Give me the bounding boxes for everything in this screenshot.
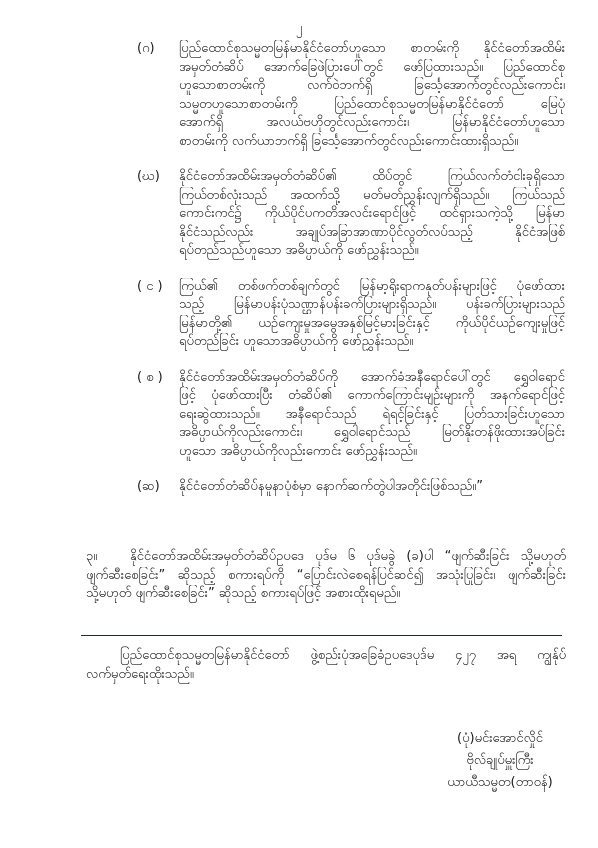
section-text: နိုင်ငံတော်အထိမ်းအမှတ်တံဆိပ်ဥပဒေ ပုဒ်မ ၆… bbox=[130, 549, 566, 564]
signatory-title: ယာယီသမ္မတ(တာဝန်) bbox=[410, 772, 590, 794]
horizontal-divider bbox=[81, 635, 562, 636]
text-line: ကြယ်၏ တစ်ဖက်တစ်ချက်တွင် မြန်မာ့ရိုးရာကနု… bbox=[179, 278, 565, 297]
clause-text: နိုင်ငံတော်တံဆိပ်နမူနာပုံစံမှာ နောက်ဆက်တ… bbox=[179, 478, 565, 497]
text-line: နိုင်ငံတော်အထိမ်းအမှတ်တံဆိပ်၏ ထိပ်တွင် က… bbox=[179, 168, 565, 187]
clause-marker: (ဆ) bbox=[137, 478, 179, 497]
text-line: ရပ်တည်ခြင်း ဟူသောအဓိပ္ပာယ်ကို ဖော်ညွှန်း… bbox=[179, 333, 565, 352]
text-line: ပြည်ထောင်စုသမ္မတမြန်မာနိုင်ငံတော်ဟူသော စ… bbox=[179, 40, 565, 59]
text-line: သို့မဟုတ် ဖျက်ဆီးစေခြင်း” ဆိုသည့် စကားရပ… bbox=[86, 585, 566, 604]
text-line: သမ္မတဟူသောစာတမ်းကို ပြည်ထောင်စုသမ္မတမြန်… bbox=[179, 96, 565, 115]
clause-marker: ( င ) bbox=[137, 278, 179, 352]
text-line: ကောင်းကင်၌ ကိုယ်ပိုင်ပကတိအလင်းရောင်ဖြင့်… bbox=[179, 205, 565, 224]
clause-text: နိုင်ငံတော်အထိမ်းအမှတ်တံဆိပ်ကို အောက်ခံအ… bbox=[179, 369, 565, 462]
text-line: လက်မှတ်ရေးထိုးသည်။ bbox=[86, 665, 566, 684]
text-line: နိုင်ငံတော်တံဆိပ်နမူနာပုံစံမှာ နောက်ဆက်တ… bbox=[179, 478, 565, 497]
text-line: စာတမ်းကို လက်ယာဘက်ရှိ ခြင်္သေ့အောက်တွင်လ… bbox=[179, 133, 565, 152]
section-3-amendment: ၃။နိုင်ငံတော်အထိမ်းအမှတ်တံဆိပ်ဥပဒေ ပုဒ်မ… bbox=[86, 548, 566, 604]
page-number: ၂ bbox=[0, 20, 598, 39]
text-line: နိုင်ငံသည်လည်း အချုပ်အခြာအာဏာပိုင်လွတ်လပ… bbox=[179, 224, 565, 243]
signatory-rank: ဗိုလ်ချုပ်မှူးကြီး bbox=[410, 750, 590, 772]
clause-text: ပြည်ထောင်စုသမ္မတမြန်မာနိုင်ငံတော်ဟူသော စ… bbox=[179, 40, 565, 151]
clause-hsa: (ဆ) နိုင်ငံတော်တံဆိပ်နမူနာပုံစံမှာ နောက်… bbox=[137, 478, 565, 497]
text-line: အမှတ်တံဆိပ် အောက်ခြေဖဲပြားပေါ်တွင် ဖော်ပ… bbox=[179, 59, 565, 78]
text-line: ကြယ်တစ်လုံးသည် အထက်သို့ မတ်မတ်ညွှန်းလျက်… bbox=[179, 187, 565, 206]
signature-block: (ပုံ)မင်းအောင်လှိုင် ဗိုလ်ချုပ်မှူးကြီး … bbox=[410, 728, 590, 794]
enactment-statement: ပြည်ထောင်စုသမ္မတမြန်မာနိုင်ငံတော် ဖွဲ့စည… bbox=[86, 646, 566, 684]
text-line: သည့် မြန်မာပန်းပုံသဏ္ဌာန်ပန်းခက်ပြားများ… bbox=[179, 296, 565, 315]
text-line: ၃။နိုင်ငံတော်အထိမ်းအမှတ်တံဆိပ်ဥပဒေ ပုဒ်မ… bbox=[86, 548, 566, 567]
text-line: ဟူသော အဓိပ္ပာယ်ကိုလည်းကောင်း ဖော်ညွှန်းသ… bbox=[179, 443, 565, 462]
text-line: မြန်မာတို့၏ ယဉ်ကျေးမှုအမွေအနှစ်မြင့်မားခ… bbox=[179, 315, 565, 334]
text-line: ဖျက်ဆီးစေခြင်း” ဆိုသည့် စကားရပ်ကို “ပြော… bbox=[86, 567, 566, 586]
clause-nga: ( င ) ကြယ်၏ တစ်ဖက်တစ်ချက်တွင် မြန်မာ့ရို… bbox=[137, 278, 565, 352]
clause-marker: ( စ ) bbox=[137, 369, 179, 462]
text-line: ဟူသောစာတမ်းကို လက်ဝဲဘက်ရှိ ခြင်္သေ့အောက်… bbox=[179, 77, 565, 96]
text-line: ပြည်ထောင်စုသမ္မတမြန်မာနိုင်ငံတော် ဖွဲ့စည… bbox=[86, 646, 566, 665]
clause-text: ကြယ်၏ တစ်ဖက်တစ်ချက်တွင် မြန်မာ့ရိုးရာကနု… bbox=[179, 278, 565, 352]
text-line: အောက်ရှိ အလယ်ဗဟိုတွင်လည်းကောင်း၊ မြန်မာန… bbox=[179, 114, 565, 133]
clause-list: (ဂ) ပြည်ထောင်စုသမ္မတမြန်မာနိုင်ငံတော်ဟူသ… bbox=[137, 40, 565, 514]
clause-marker: (ဂ) bbox=[137, 40, 179, 151]
text-line: ရပ်တည်သည်ဟူသော အဓိပ္ပာယ်ကို ဖော်ညွှန်းသည… bbox=[179, 242, 565, 261]
text-line: အဓိပ္ပာယ်ကိုလည်းကောင်း၊ ရွှေဝါရောင်သည် မ… bbox=[179, 424, 565, 443]
text-line: ရေးဆွဲထားသည်။ အနီရောင်သည် ရဲရင့်ခြင်းနှင… bbox=[179, 406, 565, 425]
section-number: ၃။ bbox=[86, 548, 130, 567]
text-line: ဖြင့် ပုံဖော်ထားပြီး တံဆိပ်၏ ကောက်ကြောင်… bbox=[179, 387, 565, 406]
clause-sa: ( စ ) နိုင်ငံတော်အထိမ်းအမှတ်တံဆိပ်ကို အေ… bbox=[137, 369, 565, 462]
clause-gha: (ဃ) နိုင်ငံတော်အထိမ်းအမှတ်တံဆိပ်၏ ထိပ်တွ… bbox=[137, 168, 565, 261]
text-line: နိုင်ငံတော်အထိမ်းအမှတ်တံဆိပ်ကို အောက်ခံအ… bbox=[179, 369, 565, 388]
clause-marker: (ဃ) bbox=[137, 168, 179, 261]
clause-ga: (ဂ) ပြည်ထောင်စုသမ္မတမြန်မာနိုင်ငံတော်ဟူသ… bbox=[137, 40, 565, 151]
signatory-name: (ပုံ)မင်းအောင်လှိုင် bbox=[410, 728, 590, 750]
clause-text: နိုင်ငံတော်အထိမ်းအမှတ်တံဆိပ်၏ ထိပ်တွင် က… bbox=[179, 168, 565, 261]
